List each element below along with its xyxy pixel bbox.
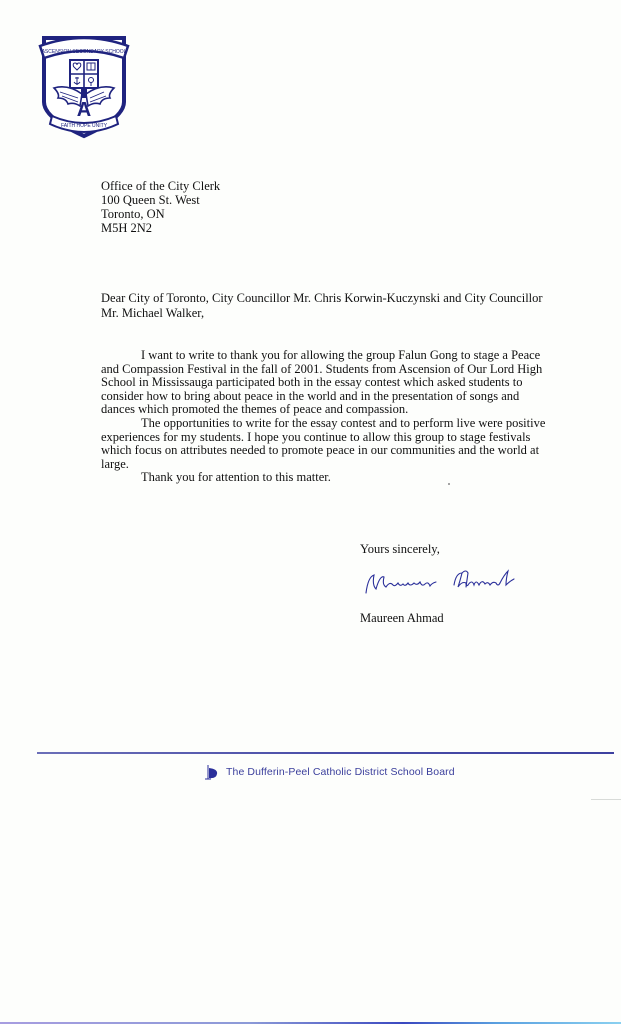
handwritten-signature-icon <box>362 567 522 597</box>
salutation: Dear City of Toronto, City Councillor Mr… <box>101 291 551 320</box>
signer-name: Maureen Ahmad <box>360 611 444 626</box>
footer: The Dufferin-Peel Catholic District Scho… <box>204 764 455 780</box>
body-paragraph: The opportunities to write for the essay… <box>101 417 546 471</box>
scan-edge-mark <box>591 799 621 800</box>
address-line: M5H 2N2 <box>101 221 220 235</box>
footer-board-name: The Dufferin-Peel Catholic District Scho… <box>226 766 455 778</box>
footer-divider <box>37 752 614 754</box>
address-line: Toronto, ON <box>101 207 220 221</box>
address-line: Office of the City Clerk <box>101 179 220 193</box>
valediction: Yours sincerely, <box>360 542 440 557</box>
letter-body: I want to write to thank you for allowin… <box>101 349 546 485</box>
school-board-logo-icon <box>204 764 218 780</box>
body-paragraph: Thank you for attention to this matter. <box>101 471 546 485</box>
scan-speck <box>448 483 450 485</box>
body-paragraph: I want to write to thank you for allowin… <box>101 349 546 417</box>
crest-banner-top: ASCENSION SECONDARY SCHOOL <box>42 49 127 55</box>
school-crest-icon: ASCENSION SECONDARY SCHOOL A FAITH HOPE … <box>38 32 130 140</box>
crest-banner-bottom: FAITH HOPE UNITY <box>61 123 108 129</box>
address-line: 100 Queen St. West <box>101 193 220 207</box>
crest-letter: A <box>77 99 91 121</box>
recipient-address: Office of the City Clerk 100 Queen St. W… <box>101 179 220 235</box>
